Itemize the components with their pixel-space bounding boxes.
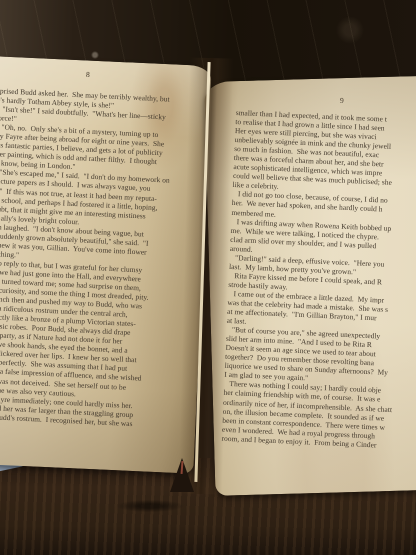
left-page-text: urprised Budd asked her. She may be terr… <box>0 86 218 431</box>
left-page-number: 8 <box>86 70 90 79</box>
right-page-number: 9 <box>340 96 344 105</box>
book-photo: 8 9 urprised Budd asked her. She may be … <box>0 0 416 555</box>
right-page-text: smaller than I had expected, and it took… <box>221 108 416 451</box>
